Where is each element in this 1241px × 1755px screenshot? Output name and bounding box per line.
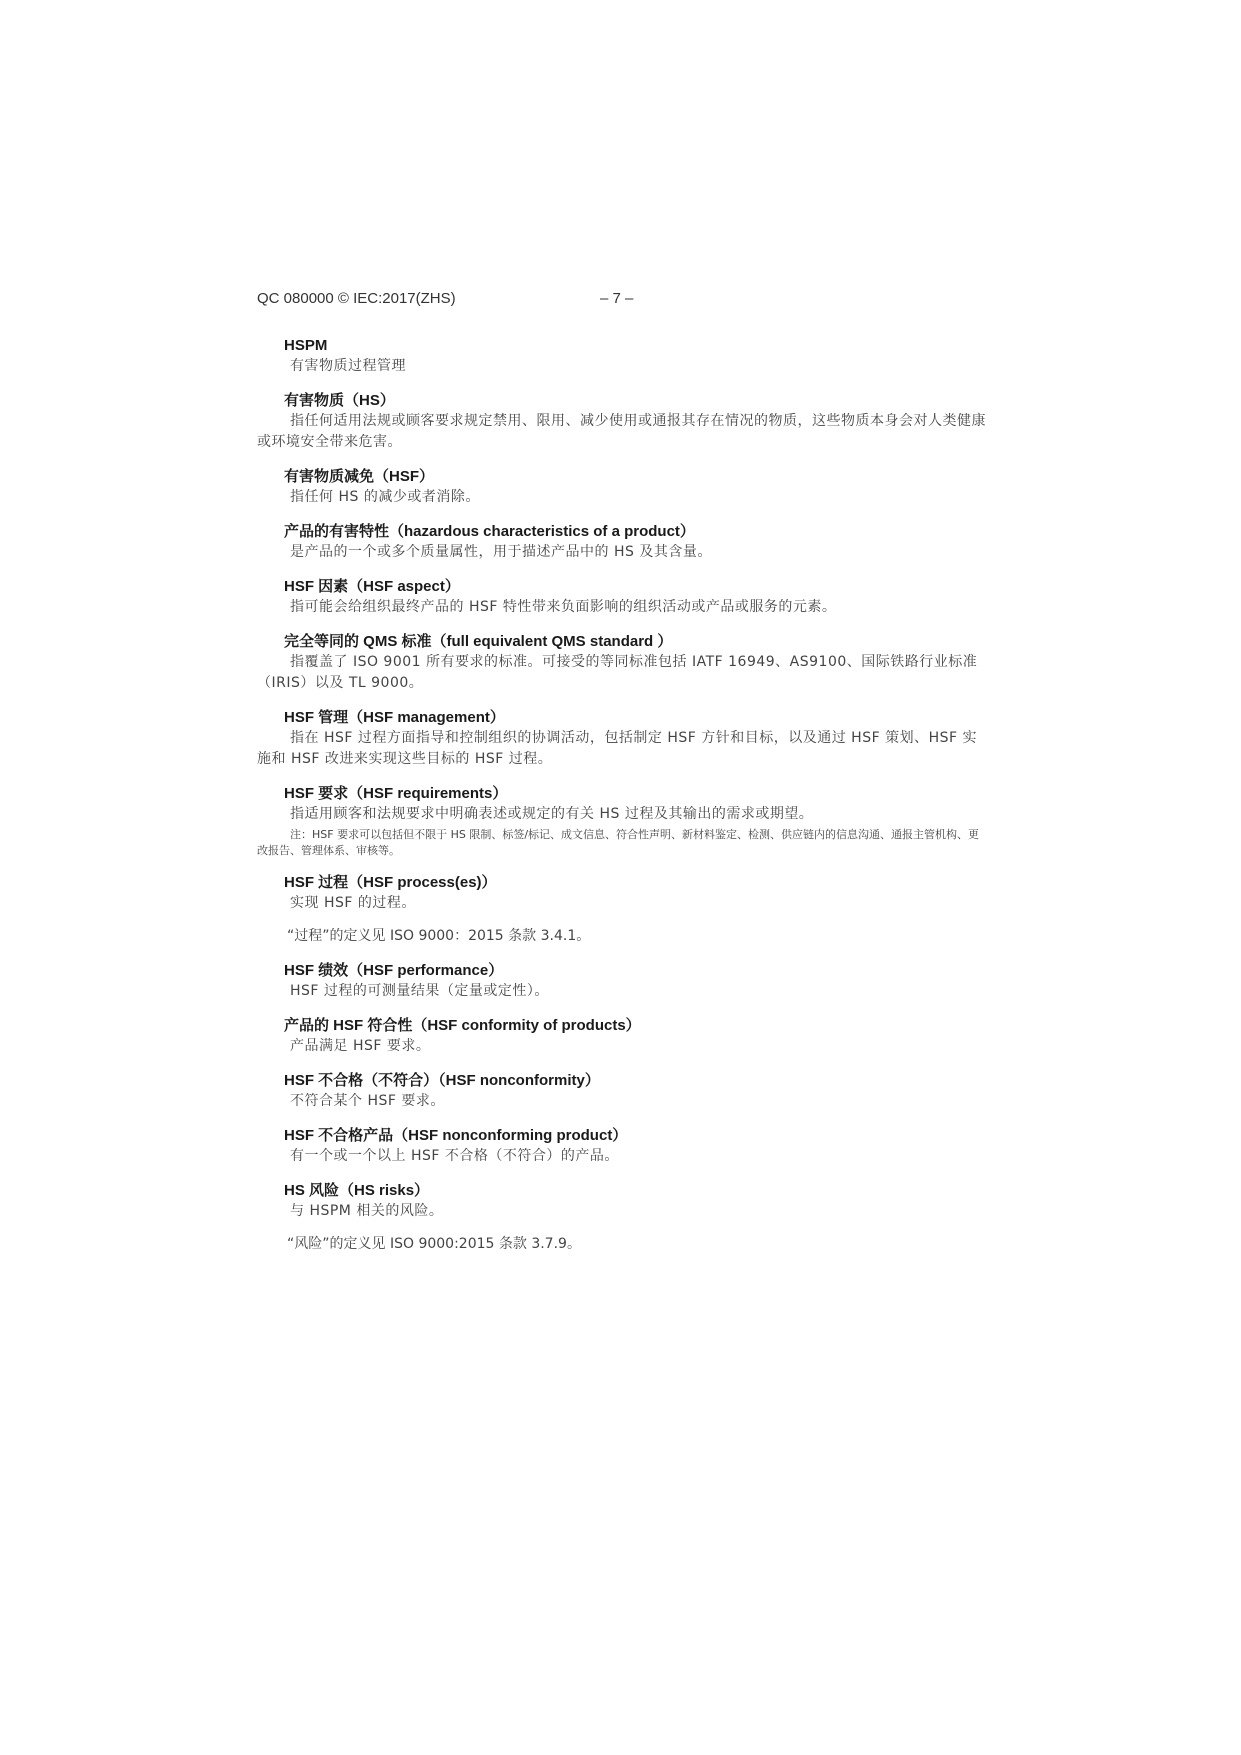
term-definition: 指任何 HS 的减少或者消除。 (257, 487, 987, 508)
definition-entry: HSF 因素（HSF aspect） 指可能会给组织最终产品的 HSF 特性带来… (257, 577, 987, 618)
term-definition: 指任何适用法规或顾客要求规定禁用、限用、减少使用或通报其存在情况的物质，这些物质… (257, 411, 987, 453)
term-definition: 指在 HSF 过程方面指导和控制组织的协调活动，包括制定 HSF 方针和目标，以… (257, 728, 987, 770)
term-definition: 与 HSPM 相关的风险。 (257, 1201, 987, 1222)
term-heading: 有害物质减免（HSF） (257, 467, 987, 487)
term-heading: HSF 不合格（不符合）（HSF nonconformity） (257, 1071, 987, 1091)
term-definition: 指可能会给组织最终产品的 HSF 特性带来负面影响的组织活动或产品或服务的元素。 (257, 597, 987, 618)
term-heading: 完全等同的 QMS 标准（full equivalent QMS standar… (257, 632, 987, 652)
definition-entry: HSF 管理（HSF management） 指在 HSF 过程方面指导和控制组… (257, 708, 987, 770)
definitions-list: HSPM 有害物质过程管理 有害物质（HS） 指任何适用法规或顾客要求规定禁用、… (257, 336, 987, 1269)
definition-entry: 产品的 HSF 符合性（HSF conformity of products） … (257, 1016, 987, 1057)
definition-reference: “风险”的定义见 ISO 9000:2015 条款 3.7.9。 (257, 1234, 987, 1255)
term-heading: HSF 不合格产品（HSF nonconforming product） (257, 1126, 987, 1146)
definition-entry: HSPM 有害物质过程管理 (257, 336, 987, 377)
document-id: QC 080000 © IEC:2017(ZHS) (257, 290, 657, 307)
definition-entry: HSF 绩效（HSF performance） HSF 过程的可测量结果（定量或… (257, 961, 987, 1002)
term-heading: 有害物质（HS） (257, 391, 987, 411)
definition-entry: 有害物质（HS） 指任何适用法规或顾客要求规定禁用、限用、减少使用或通报其存在情… (257, 391, 987, 453)
term-heading: HSF 因素（HSF aspect） (257, 577, 987, 597)
definition-entry: HSF 不合格产品（HSF nonconforming product） 有一个… (257, 1126, 987, 1167)
term-heading: HSF 要求（HSF requirements） (257, 784, 987, 804)
term-heading: 产品的 HSF 符合性（HSF conformity of products） (257, 1016, 987, 1036)
definition-entry: 完全等同的 QMS 标准（full equivalent QMS standar… (257, 632, 987, 694)
term-heading: HS 风险（HS risks） (257, 1181, 987, 1201)
definition-entry: 有害物质减免（HSF） 指任何 HS 的减少或者消除。 (257, 467, 987, 508)
term-definition: HSF 过程的可测量结果（定量或定性）。 (257, 981, 987, 1002)
definition-entry: HS 风险（HS risks） 与 HSPM 相关的风险。 “风险”的定义见 I… (257, 1181, 987, 1255)
definition-entry: HSF 过程（HSF process(es)） 实现 HSF 的过程。 “过程”… (257, 873, 987, 947)
term-definition: 指适用顾客和法规要求中明确表述或规定的有关 HS 过程及其输出的需求或期望。 (257, 804, 987, 825)
definition-note: 注：HSF 要求可以包括但不限于 HS 限制、标签/标记、成文信息、符合性声明、… (257, 827, 987, 859)
term-heading: HSPM (257, 336, 987, 356)
term-definition: 是产品的一个或多个质量属性，用于描述产品中的 HS 及其含量。 (257, 542, 987, 563)
term-definition: 指覆盖了 ISO 9001 所有要求的标准。可接受的等同标准包括 IATF 16… (257, 652, 987, 694)
term-definition: 不符合某个 HSF 要求。 (257, 1091, 987, 1112)
term-definition: 有一个或一个以上 HSF 不合格（不符合）的产品。 (257, 1146, 987, 1167)
definition-entry: 产品的有害特性（hazardous characteristics of a p… (257, 522, 987, 563)
definition-entry: HSF 不合格（不符合）（HSF nonconformity） 不符合某个 HS… (257, 1071, 987, 1112)
term-heading: HSF 管理（HSF management） (257, 708, 987, 728)
term-heading: HSF 过程（HSF process(es)） (257, 873, 987, 893)
term-heading: 产品的有害特性（hazardous characteristics of a p… (257, 522, 987, 542)
term-definition: 实现 HSF 的过程。 (257, 893, 987, 914)
page-number: – 7 – (600, 290, 633, 307)
term-definition: 有害物质过程管理 (257, 356, 987, 377)
definition-entry: HSF 要求（HSF requirements） 指适用顾客和法规要求中明确表述… (257, 784, 987, 825)
term-definition: 产品满足 HSF 要求。 (257, 1036, 987, 1057)
definition-reference: “过程”的定义见 ISO 9000：2015 条款 3.4.1。 (257, 926, 987, 947)
term-heading: HSF 绩效（HSF performance） (257, 961, 987, 981)
